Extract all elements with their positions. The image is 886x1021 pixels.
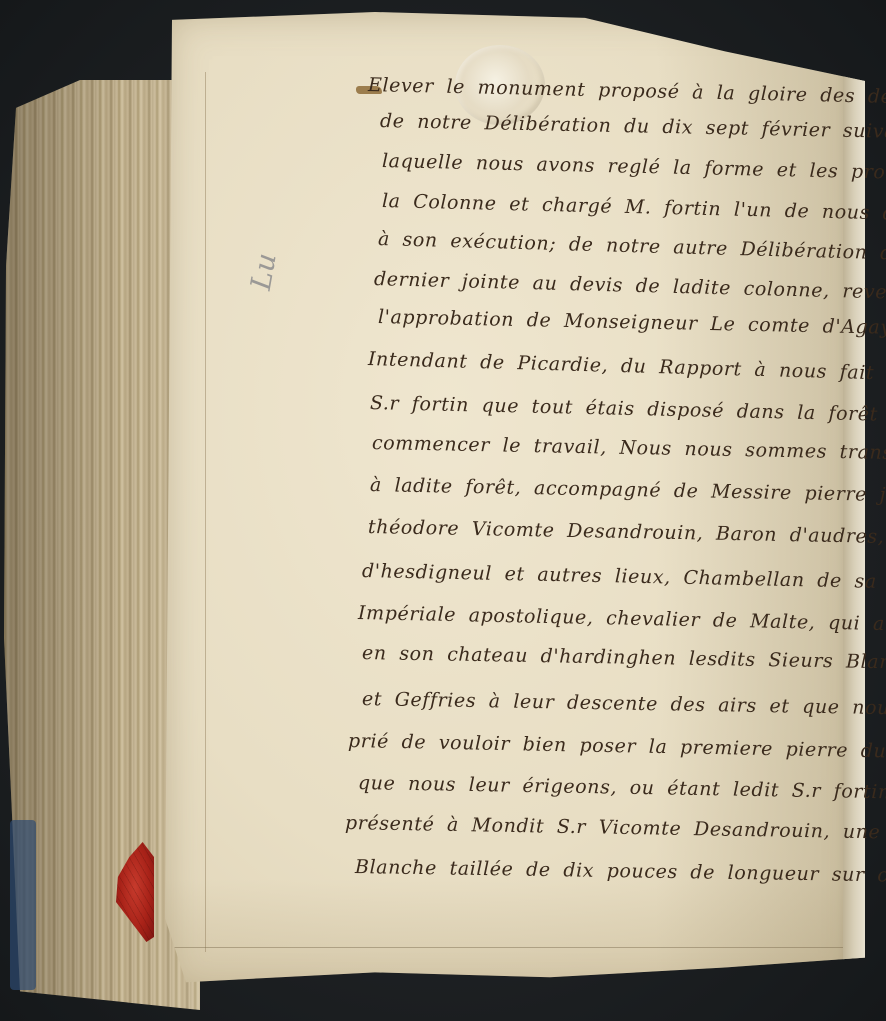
manuscript-line: que nous leur érigeons, ou étant ledit S… (358, 772, 886, 804)
manuscript-line: à ladite forêt, accompagné de Messire pi… (370, 474, 886, 507)
handwritten-text: Elever le monument proposé à la gloire d… (0, 0, 886, 1021)
manuscript-line: de notre Délibération du dix sept févrie… (380, 110, 886, 144)
manuscript-line: commencer le travail, Nous nous sommes t… (372, 432, 886, 465)
scanned-book-scene: Lu Elever le monument proposé à la gloir… (0, 0, 886, 1021)
manuscript-line: Intendant de Picardie, du Rapport à nous… (368, 348, 886, 387)
manuscript-line: prié de vouloir bien poser la premiere p… (348, 730, 886, 765)
manuscript-line: Blanche taillée de dix pouces de longueu… (355, 856, 886, 887)
manuscript-line: l'approbation de Monseigneur Le comte d'… (378, 306, 886, 339)
manuscript-line: en son chateau d'hardinghen lesdits Sieu… (362, 642, 886, 674)
manuscript-line: théodore Vicomte Desandrouin, Baron d'au… (368, 516, 886, 550)
manuscript-line: S.r fortin que tout étais disposé dans l… (370, 392, 886, 427)
manuscript-line: et Geffries à leur descente des airs et … (362, 688, 886, 721)
manuscript-line: Impériale apostolique, chevalier de Malt… (358, 602, 886, 636)
manuscript-line: à son exécution; de notre autre Délibéra… (378, 228, 886, 268)
manuscript-line: la Colonne et chargé M. fortin l'un de n… (382, 190, 886, 227)
manuscript-line: présenté à Mondit S.r Vicomte Desandroui… (345, 812, 886, 845)
manuscript-line: Elever le monument proposé à la gloire d… (368, 74, 886, 110)
manuscript-line: dernier jointe au devis de ladite colonn… (374, 268, 886, 305)
manuscript-line: laquelle nous avons reglé la forme et le… (382, 150, 886, 186)
manuscript-line: d'hesdigneul et autres lieux, Chambellan… (362, 560, 886, 595)
